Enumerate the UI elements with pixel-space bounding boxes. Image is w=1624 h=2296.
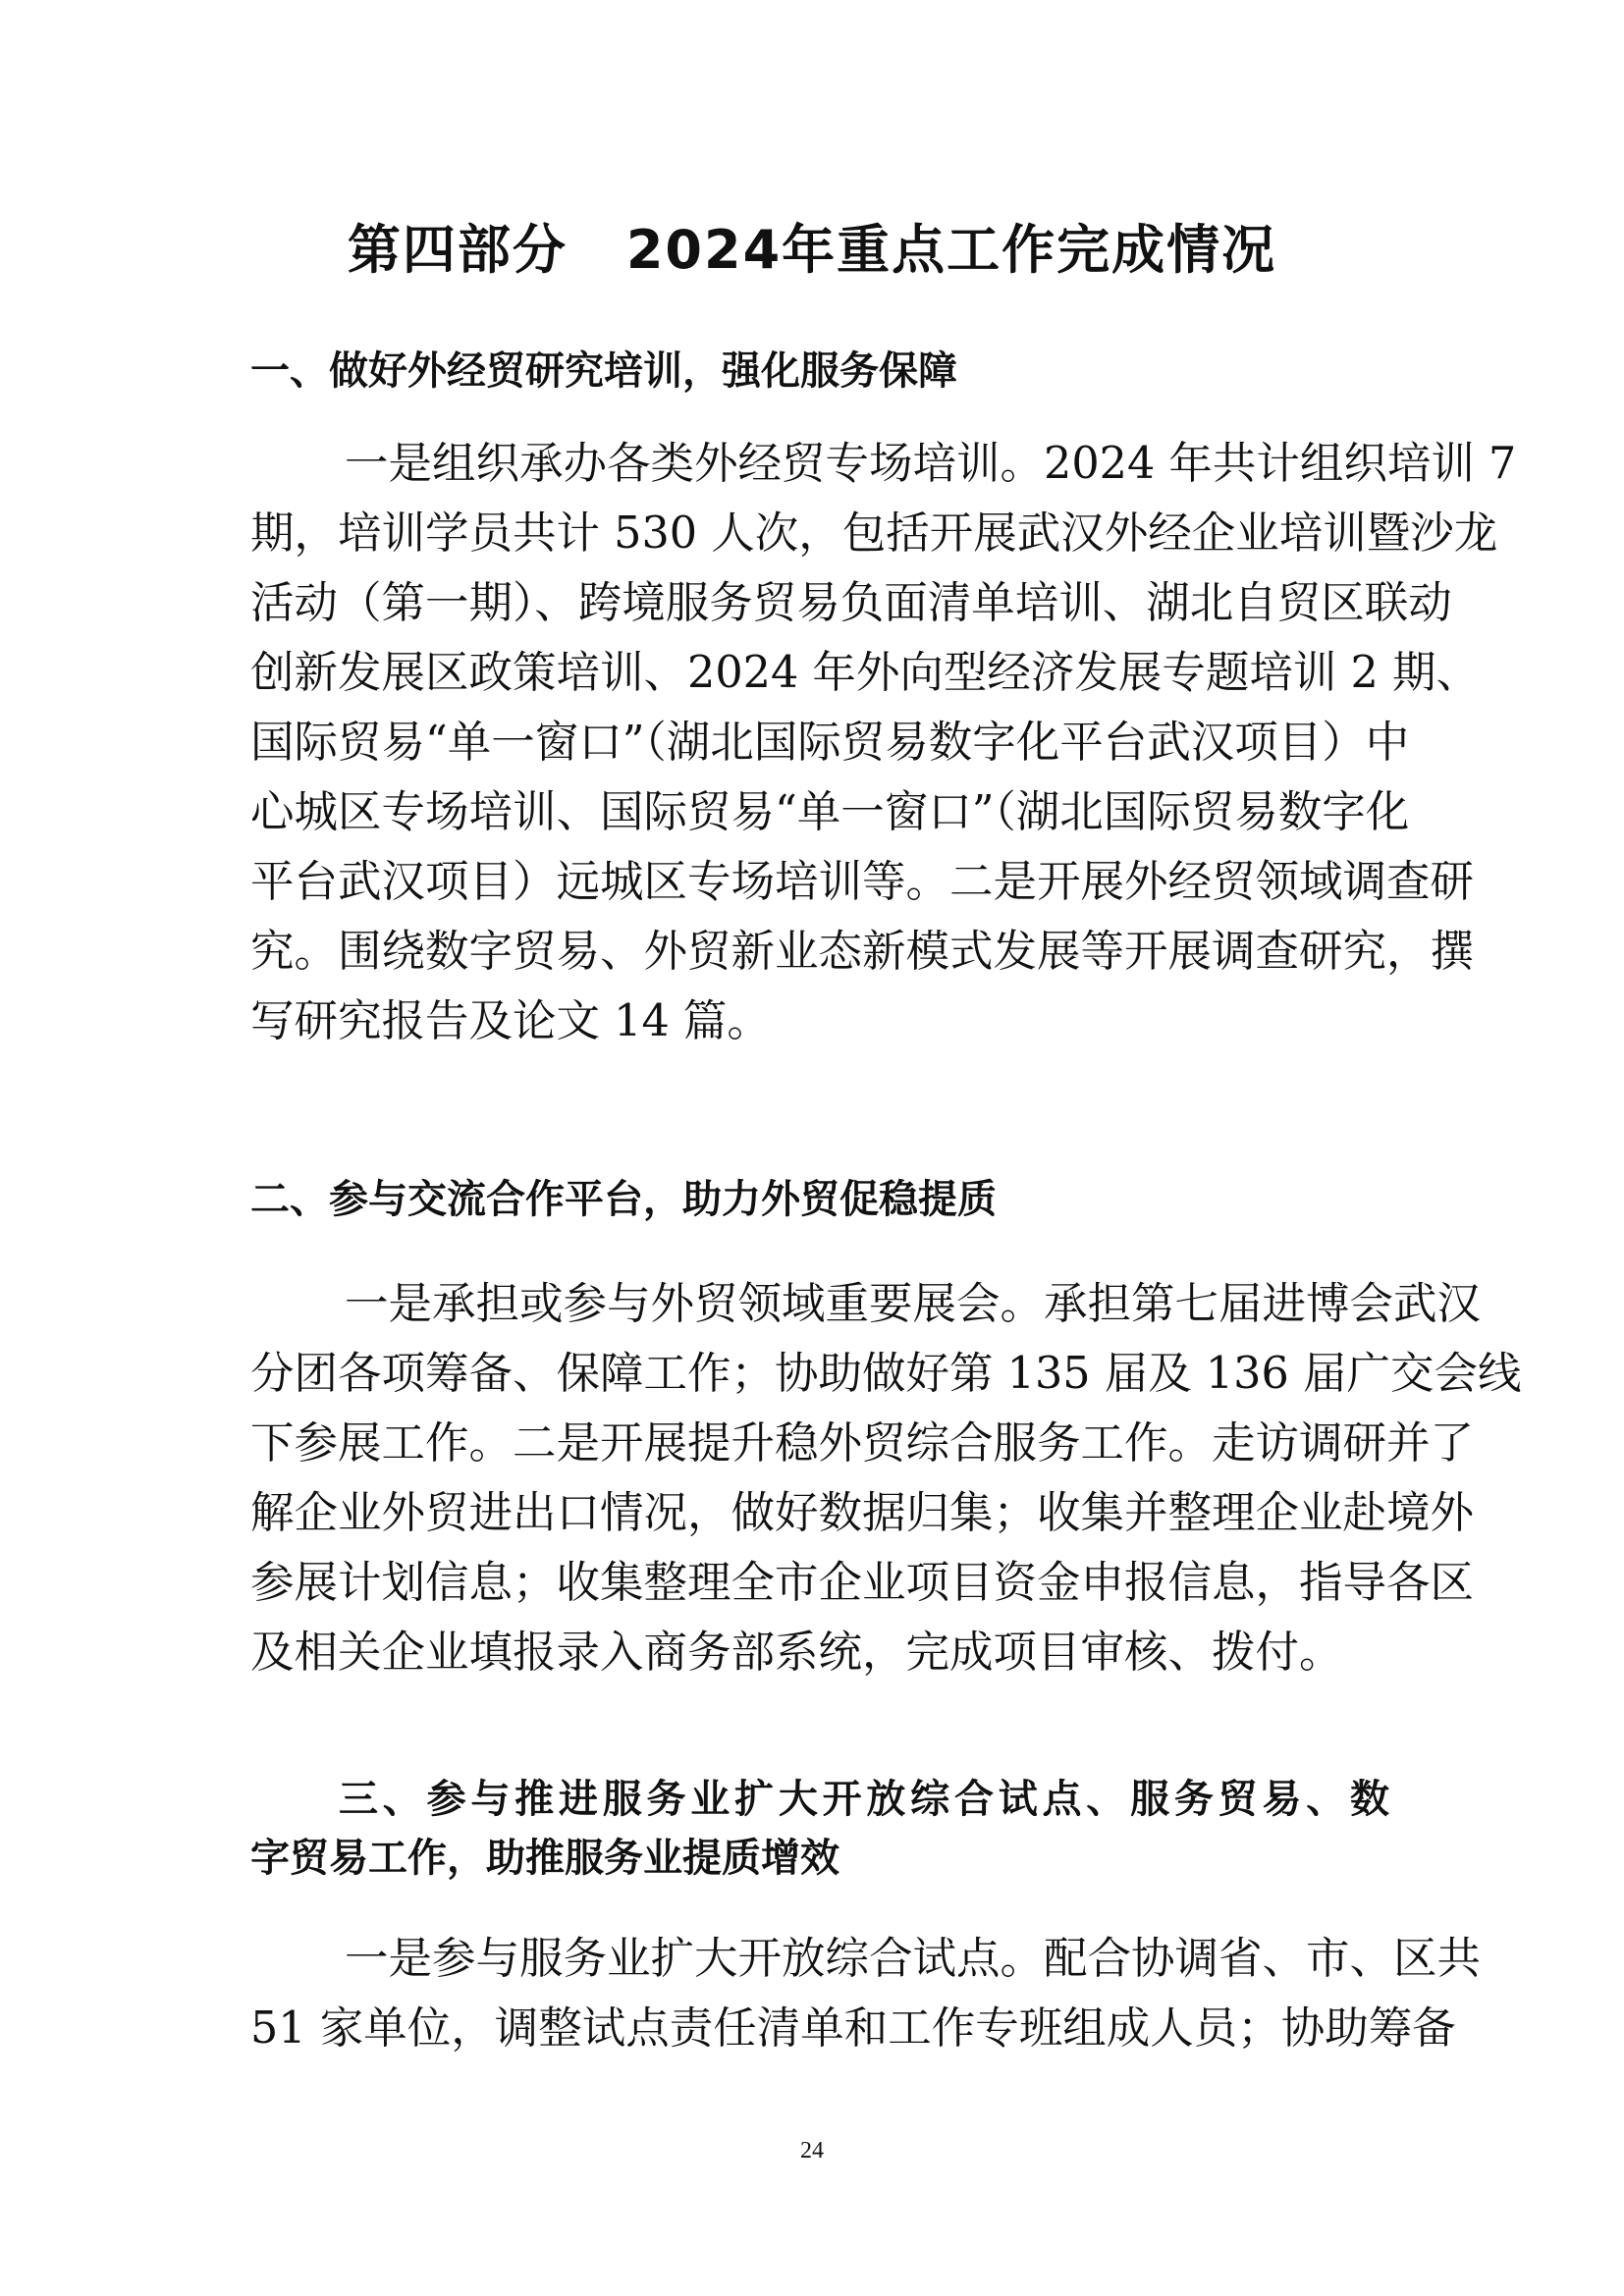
section-paragraph-3: 一是参与服务业扩大开放综合试点。配合协调省、市、区共 51 家单位，调整试点责任… <box>250 1924 1389 2063</box>
heading-line: 一、做好外经贸研究培训，强化服务保障 <box>250 342 1389 400</box>
section-heading-2: 二、参与交流合作平台，助力外贸促稳提质 <box>250 1170 1389 1229</box>
paragraph-line: 心城区专场培训、国际贸易“单一窗口”（湖北国际贸易数字化 <box>250 777 1389 847</box>
section-heading-1: 一、做好外经贸研究培训，强化服务保障 <box>250 342 1389 400</box>
paragraph-line: 国际贸易“单一窗口”（湖北国际贸易数字化平台武汉项目）中 <box>250 708 1389 777</box>
paragraph-line: 写研究报告及论文 14 篇。 <box>250 987 1389 1056</box>
heading-line: 字贸易工作，助推服务业提质增效 <box>250 1829 1389 1888</box>
paragraph-line: 期，培训学员共计 530 人次，包括开展武汉外经企业培训暨沙龙 <box>250 499 1389 568</box>
paragraph-line: 活动（第一期）、跨境服务贸易负面清单培训、湖北自贸区联动 <box>250 568 1389 638</box>
title-main: 2024年重点工作完成情况 <box>626 219 1276 281</box>
heading-line: 三、参与推进服务业扩大开放综合试点、服务贸易、数 <box>250 1770 1389 1829</box>
paragraph-line: 参展计划信息；收集整理全市企业项目资金申报信息，指导各区 <box>250 1548 1389 1618</box>
paragraph-line: 解企业外贸进出口情况，做好数据归集；收集并整理企业赴境外 <box>250 1478 1389 1548</box>
paragraph-line: 一是承担或参与外贸领域重要展会。承担第七届进博会武汉 <box>250 1269 1389 1339</box>
paragraph-line: 一是参与服务业扩大开放综合试点。配合协调省、市、区共 <box>250 1924 1389 1994</box>
paragraph-line: 平台武汉项目）远城区专场培训等。二是开展外经贸领域调查研 <box>250 847 1389 917</box>
paragraph-line: 51 家单位，调整试点责任清单和工作专班组成人员；协助筹备 <box>250 1994 1389 2063</box>
page-title: 第四部分2024年重点工作完成情况 <box>0 208 1624 284</box>
paragraph-line: 及相关企业填报录入商务部系统，完成项目审核、拨付。 <box>250 1618 1389 1687</box>
paragraph-line: 下参展工作。二是开展提升稳外贸综合服务工作。走访调研并了 <box>250 1409 1389 1478</box>
paragraph-line: 创新发展区政策培训、2024 年外向型经济发展专题培训 2 期、 <box>250 638 1389 708</box>
section-paragraph-1: 一是组织承办各类外经贸专场培训。2024 年共计组织培训 7 期，培训学员共计 … <box>250 429 1389 1056</box>
section-paragraph-2: 一是承担或参与外贸领域重要展会。承担第七届进博会武汉 分团各项筹备、保障工作；协… <box>250 1269 1389 1687</box>
paragraph-line: 分团各项筹备、保障工作；协助做好第 135 届及 136 届广交会线 <box>250 1339 1389 1409</box>
title-part: 第四部分 <box>348 219 568 281</box>
paragraph-line: 究。围绕数字贸易、外贸新业态新模式发展等开展调查研究，撰 <box>250 917 1389 987</box>
section-heading-3: 三、参与推进服务业扩大开放综合试点、服务贸易、数 字贸易工作，助推服务业提质增效 <box>250 1770 1389 1888</box>
document-page: 第四部分2024年重点工作完成情况 一、做好外经贸研究培训，强化服务保障 一是组… <box>0 0 1624 2296</box>
paragraph-line: 一是组织承办各类外经贸专场培训。2024 年共计组织培训 7 <box>250 429 1389 499</box>
heading-line: 二、参与交流合作平台，助力外贸促稳提质 <box>250 1170 1389 1229</box>
page-number: 24 <box>0 2138 1624 2164</box>
